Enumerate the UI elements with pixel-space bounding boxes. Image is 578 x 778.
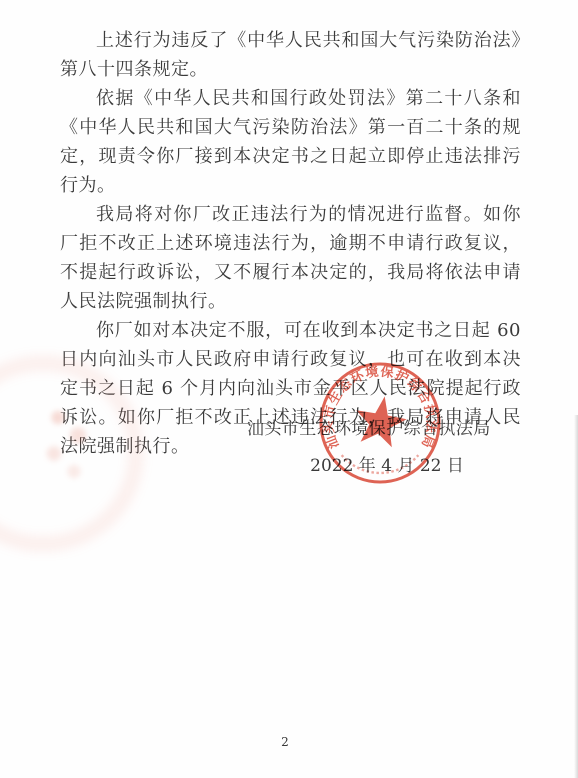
scan-edge-artifact [574,415,578,778]
signature-agency: 汕头市生态环境保护综合执法局 [247,414,491,439]
body-paragraph: 我局将对你厂改正违法行为的情况进行监督。如你厂拒不改正上述环境违法行为，逾期不申… [60,200,521,316]
body-paragraph: 上述行为违反了《中华人民共和国大气污染防治法》第八十四条规定。 [60,26,521,84]
document-page: 上述行为违反了《中华人民共和国大气污染防治法》第八十四条规定。 依据《中华人民共… [0,0,578,778]
page-number: 2 [0,735,570,749]
body-paragraph: 依据《中华人民共和国行政处罚法》第二十八条和《中华人民共和国大气污染防治法》第一… [60,84,521,200]
document-body: 上述行为违反了《中华人民共和国大气污染防治法》第八十四条规定。 依据《中华人民共… [60,26,521,461]
signature-date: 2022 年 4 月 22 日 [247,451,491,476]
signature-block: 汕头市生态环境保护综合执法局 2022 年 4 月 22 日 [247,414,491,476]
